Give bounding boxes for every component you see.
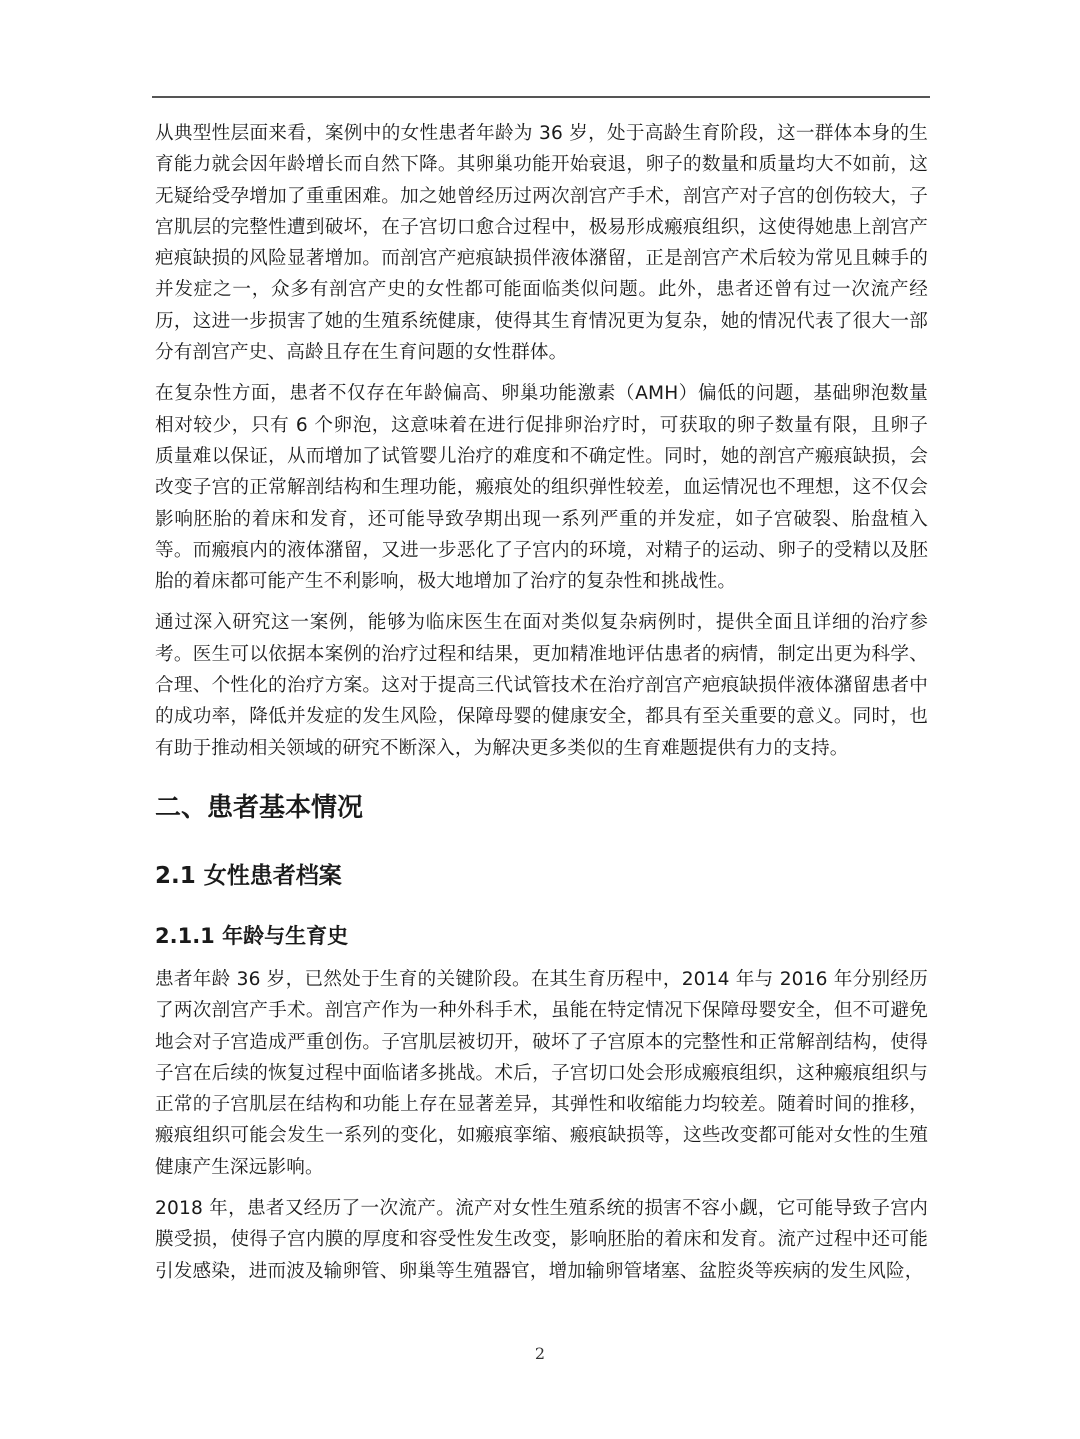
header-rule [152, 96, 930, 98]
section-heading: 二、患者基本情况 [155, 788, 928, 828]
paragraph-significance: 通过深入研究这一案例，能够为临床医生在面对类似复杂病例时，提供全面且详细的治疗参… [155, 607, 928, 763]
page-content: 从典型性层面来看，案例中的女性患者年龄为 36 岁，处于高龄生育阶段，这一群体本… [155, 118, 928, 1297]
paragraph-typicality: 从典型性层面来看，案例中的女性患者年龄为 36 岁，处于高龄生育阶段，这一群体本… [155, 118, 928, 368]
paragraph-cesarean-history: 患者年龄 36 岁，已然处于生育的关键阶段。在其生育历程中，2014 年与 20… [155, 964, 928, 1183]
subsection-heading: 2.1 女性患者档案 [155, 858, 928, 894]
page-number: 2 [0, 1344, 1080, 1363]
paragraph-complexity: 在复杂性方面，患者不仅存在年龄偏高、卵巢功能激素（AMH）偏低的问题，基础卵泡数… [155, 378, 928, 597]
subsubsection-heading: 2.1.1 年龄与生育史 [155, 920, 928, 952]
document-page: 从典型性层面来看，案例中的女性患者年龄为 36 岁，处于高龄生育阶段，这一群体本… [0, 0, 1080, 1439]
paragraph-miscarriage-history: 2018 年，患者又经历了一次流产。流产对女性生殖系统的损害不容小觑，它可能导致… [155, 1193, 928, 1287]
